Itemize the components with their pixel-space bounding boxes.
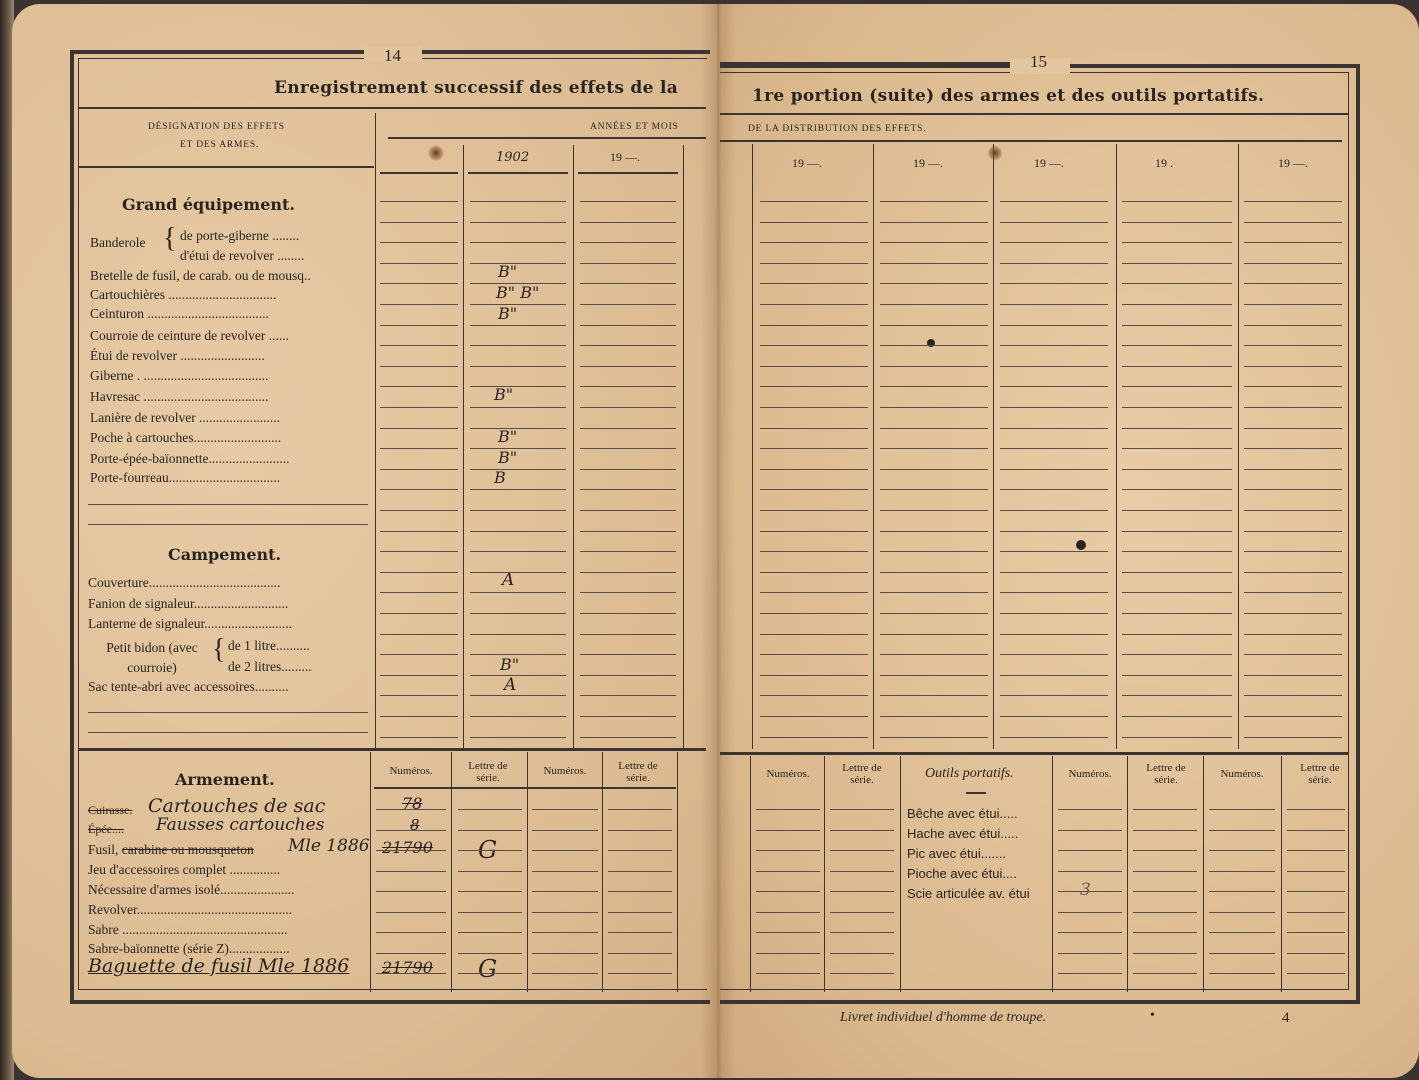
year-col-right-5: 19 —. [1278,156,1308,171]
outils-hdr-numeros-1: Numéros. [752,768,824,780]
grid-rule [880,634,988,635]
grid-rule [380,304,458,305]
distribution-header-rule [720,140,1342,142]
grid-rule [760,304,868,305]
grid-rule [608,891,672,892]
grid-rule [880,428,988,429]
entry-sac-tente-1902: A [504,675,516,695]
col-divider [683,145,684,749]
grid-rule [470,551,566,552]
grid-rule [1244,448,1342,449]
grid-rule [1122,325,1232,326]
item-poche-cartouches: Poche à cartouches......................… [90,430,281,446]
grid-rule [1122,428,1232,429]
grid-rule [756,953,820,954]
grid-rule [1209,891,1275,892]
armement-baguette-numero: 21790 [382,958,433,977]
grid-rule [608,871,672,872]
grid-rule [458,871,522,872]
grid-rule [1000,510,1108,511]
grid-rule [376,809,446,810]
grid-rule [760,407,868,408]
item-porte-epee: Porte-épée-baïonnette...................… [90,451,289,467]
grid-rule [470,263,566,264]
item-bidon-1-litre: de 1 litre.......... [228,638,310,654]
year-header-rule [578,172,678,174]
grid-rule [760,531,868,532]
entry-couverture-1902: A [502,570,514,590]
grid-rule [470,510,566,511]
grid-rule [380,737,458,738]
grid-rule [380,510,458,511]
grid-rule [760,737,868,738]
year-header-rule [380,172,458,174]
grid-rule [1133,871,1197,872]
grid-rule [580,737,676,738]
col-divider [375,113,376,749]
grid-rule [1000,325,1108,326]
grid-rule [1122,304,1232,305]
section-campement: Campement. [168,545,281,564]
grid-rule [580,428,676,429]
outils-hdr-numeros-3: Numéros. [1205,768,1279,780]
grid-rule [380,283,458,284]
grid-rule [756,912,820,913]
grid-rule [1244,551,1342,552]
grid-rule [580,675,676,676]
grid-rule [1133,973,1197,974]
grid-rule [376,871,446,872]
grid-rule [376,932,446,933]
grid-rule [1244,572,1342,573]
grid-rule [608,912,672,913]
grid-rule [760,592,868,593]
grid-rule [760,366,868,367]
entry-havresac-1902: B" [494,385,513,404]
outils-col-divider [900,756,901,992]
grid-rule [1244,386,1342,387]
year-col-blank-left: 19 —. [610,150,640,165]
grid-rule [458,912,522,913]
grid-rule [1244,304,1342,305]
grid-rule [1122,386,1232,387]
armement-hdr-rule [374,787,676,789]
grid-rule [376,830,446,831]
grid-rule [470,283,566,284]
grid-rule [760,345,868,346]
armement-jeu-accessoires: Jeu d'accessoires complet ..............… [88,862,280,878]
grid-rule [470,366,566,367]
item-banderole: Banderole [90,235,145,251]
grid-rule [760,489,868,490]
outils-col-divider [1127,756,1128,992]
armement-top-rule [78,748,706,751]
grid-rule [580,325,676,326]
grid-rule [756,850,820,851]
grid-rule [380,654,458,655]
grid-rule [470,469,566,470]
entry-porte-epee-1902: B" [498,448,517,467]
grid-rule [1244,407,1342,408]
grid-rule [880,531,988,532]
grid-rule [580,448,676,449]
grid-rule [1122,283,1232,284]
grid-rule [580,695,676,696]
grid-rule [1000,551,1108,552]
outils-col-divider [1281,756,1282,992]
grid-rule [470,325,566,326]
grid-rule [756,891,820,892]
grid-rule [1122,613,1232,614]
grid-rule [1000,592,1108,593]
grid-rule [1122,242,1232,243]
grid-rule [580,592,676,593]
title-rule-left [78,107,706,109]
item-havresac: Havresac ...............................… [90,389,268,405]
grid-rule [470,531,566,532]
grid-rule [1000,448,1108,449]
grid-rule [880,366,988,367]
grid-rule [1122,572,1232,573]
grid-rule [760,242,868,243]
grid-rule [532,891,598,892]
armement-cartouches-sac: Cartouches de sac [148,795,325,817]
item-fanion: Fanion de signaleur.....................… [88,596,288,612]
grid-rule [608,932,672,933]
grid-rule [380,695,458,696]
grid-rule [1244,510,1342,511]
grid-rule [532,912,598,913]
grid-rule [580,716,676,717]
year-col-right-4: 19 . [1155,156,1173,171]
item-bidon-2-litres: de 2 litres......... [228,659,312,675]
armement-epee: Épée.... [88,822,124,837]
grid-rule [830,809,894,810]
blank-row-rule [88,504,368,505]
grid-rule [1209,953,1275,954]
grid-rule [1133,809,1197,810]
grid-rule [380,634,458,635]
grid-rule [380,489,458,490]
col-divider [573,145,574,749]
grid-rule [1209,830,1275,831]
grid-rule [1287,871,1345,872]
grid-rule [470,654,566,655]
armement-numero-8: 8 [410,816,420,834]
grid-rule [580,366,676,367]
outils-col-divider [1203,756,1204,992]
grid-rule [458,953,522,954]
grid-rule [880,551,988,552]
grid-rule [1122,366,1232,367]
grid-rule [1133,953,1197,954]
grid-rule [1244,531,1342,532]
outils-hdr-lettre-3: Lettre de série. [1290,762,1350,786]
grid-rule [1244,675,1342,676]
grid-rule [470,572,566,573]
grid-rule [580,531,676,532]
grid-rule [580,263,676,264]
grid-rule [458,850,522,851]
grid-rule [470,489,566,490]
grid-rule [760,325,868,326]
grid-rule [1000,407,1108,408]
header-bottom-rule-left [78,166,374,168]
item-lanterne: Lanterne de signaleur...................… [88,616,292,632]
grid-rule [1122,716,1232,717]
years-header-rule [388,137,706,139]
grid-rule [1122,469,1232,470]
grid-rule [830,973,894,974]
grid-rule [1122,201,1232,202]
fusil-label: Fusil, [88,842,118,857]
item-bretelle: Bretelle de fusil, de carab. ou de mousq… [90,268,311,284]
grid-rule [1058,953,1122,954]
year-header-rule [468,172,568,174]
grid-rule [470,737,566,738]
grid-rule [1058,891,1122,892]
grid-rule [580,201,676,202]
designation-header-line2: et des armes. [180,140,259,150]
outils-col-divider [1052,756,1053,992]
grid-rule [1244,263,1342,264]
grid-rule [1000,345,1108,346]
grid-rule [1058,912,1122,913]
grid-rule [380,428,458,429]
grid-rule [470,448,566,449]
printed-struck-label: Épée.... [88,822,124,836]
item-porte-fourreau: Porte-fourreau..........................… [90,470,280,486]
grid-rule [1058,871,1122,872]
grid-rule [532,850,598,851]
outils-hdr-lettre-1: Lettre de série. [832,762,892,786]
entry-bretelle-1902: B" [498,262,517,281]
grid-rule [1058,973,1122,974]
grid-rule [580,654,676,655]
grid-rule [580,634,676,635]
year-col-right-2: 19 —. [913,156,943,171]
grid-rule [1122,634,1232,635]
entry-bidon-2-litres-1902: B" [500,655,519,674]
grid-rule [376,912,446,913]
grid-rule [880,716,988,717]
grid-rule [1209,973,1275,974]
grid-rule [1000,695,1108,696]
grid-rule [1000,634,1108,635]
outil-scie-numero: 3 [1080,880,1091,900]
grid-rule [1287,953,1345,954]
year-col-right-1: 19 —. [792,156,822,171]
grid-rule [580,489,676,490]
grid-rule [880,222,988,223]
grid-rule [880,510,988,511]
struck-carabine-label: carabine ou mousqueton [122,842,254,857]
outils-hdr-numeros-2: Numéros. [1054,768,1126,780]
item-ceinturon: Ceinturon ..............................… [90,306,269,322]
grid-rule [380,345,458,346]
armement-hdr-numeros-2: Numéros. [528,765,602,777]
grid-rule [1122,695,1232,696]
grid-rule [1122,654,1232,655]
grid-rule [1287,850,1345,851]
printed-struck-label: Cuirasse. [88,803,132,817]
grid-rule [380,263,458,264]
grid-rule [470,201,566,202]
brace: { [212,636,225,664]
grid-rule [380,407,458,408]
grid-rule [1244,592,1342,593]
grid-rule [760,201,868,202]
grid-rule [1287,809,1345,810]
armement-fusil-numero: 21790 [382,838,433,857]
item-banderole-porte-giberne: de porte-giberne ........ [180,228,299,244]
page-title-right: 1re portion (suite) des armes et des out… [752,86,1264,106]
armement-hdr-numeros-1: Numéros. [372,765,450,777]
grid-rule [1133,850,1197,851]
armement-cuirasse: Cuirasse. [88,803,132,818]
grid-rule [756,830,820,831]
grid-rule [580,222,676,223]
entry-poche-1902: B" [498,427,517,446]
grid-rule [380,716,458,717]
grid-rule [1244,325,1342,326]
grid-rule [1122,448,1232,449]
col-divider [1238,144,1239,749]
grid-rule [376,850,446,851]
item-banderole-etui-revolver: d'étui de revolver ........ [180,248,304,264]
grid-rule [580,510,676,511]
grid-rule [760,572,868,573]
grid-rule [608,973,672,974]
grid-rule [532,953,598,954]
grid-rule [470,716,566,717]
brace: { [163,225,176,253]
section-grand-equipement: Grand équipement. [122,195,295,214]
grid-rule [880,201,988,202]
grid-rule [532,871,598,872]
grid-rule [1287,912,1345,913]
grid-rule [1209,850,1275,851]
grid-rule [880,448,988,449]
grid-rule [1244,737,1342,738]
grid-rule [1122,551,1232,552]
armement-col-divider [370,752,371,992]
ink-stain [428,145,444,161]
grid-rule [760,551,868,552]
grid-rule [1133,932,1197,933]
grid-rule [380,551,458,552]
grid-rule [1058,830,1122,831]
grid-rule [1000,386,1108,387]
grid-rule [1287,891,1345,892]
col-divider [463,145,464,749]
grid-rule [1122,531,1232,532]
footer-signature-number: 4 [1282,1010,1290,1027]
grid-rule [380,325,458,326]
armement-fusil: Fusil, carabine ou mousqueton [88,842,254,858]
grid-rule [830,953,894,954]
grid-rule [532,830,598,831]
footer-dot: • [1150,1008,1155,1024]
blank-row-rule [88,712,368,713]
grid-rule [458,809,522,810]
grid-rule [1122,263,1232,264]
outils-hdr-lettre-2: Lettre de série. [1136,762,1196,786]
grid-rule [880,695,988,696]
item-petit-bidon: Petit bidon (avec courroie) [92,638,212,678]
grid-rule [1244,469,1342,470]
grid-rule [760,263,868,264]
grid-rule [580,407,676,408]
grid-rule [760,283,868,284]
grid-rule [470,386,566,387]
outils-col-divider [824,756,825,992]
grid-rule [760,675,868,676]
grid-rule [380,572,458,573]
grid-rule [760,469,868,470]
grid-rule [380,613,458,614]
grid-rule [760,654,868,655]
grid-rule [1122,592,1232,593]
grid-rule [760,386,868,387]
top-rule-right-left [720,62,1010,64]
grid-rule [880,325,988,326]
outil-beche: Bêche avec étui..... [907,806,1018,821]
grid-rule [880,572,988,573]
grid-rule [1244,489,1342,490]
grid-rule [470,345,566,346]
item-couverture: Couverture..............................… [88,575,280,591]
grid-rule [580,572,676,573]
item-giberne: Giberne . ..............................… [90,368,268,384]
grid-rule [1000,242,1108,243]
grid-rule [1209,912,1275,913]
grid-rule [1000,654,1108,655]
outils-hdr-title: Outils portatifs. [925,766,1014,782]
grid-rule [1133,830,1197,831]
grid-rule [760,695,868,696]
grid-rule [580,469,676,470]
grid-rule [1000,263,1108,264]
grid-rule [376,891,446,892]
armement-fausses-cartouches: Fausses cartouches [156,815,324,835]
grid-rule [1000,304,1108,305]
page-number-right: 15 [1030,52,1047,72]
grid-rule [1000,201,1108,202]
grid-rule [580,304,676,305]
grid-rule [1000,222,1108,223]
armement-fusil-model: Mle 1886 [288,836,370,856]
grid-rule [580,242,676,243]
grid-rule [1244,345,1342,346]
grid-rule [1244,201,1342,202]
grid-rule [470,428,566,429]
page-title-left: Enregistrement successif des effets de l… [274,78,678,98]
entry-porte-fourreau-1902: B [494,468,506,487]
grid-rule [880,263,988,264]
years-header: Années et mois [590,122,679,132]
grid-rule [1244,428,1342,429]
grid-rule [1058,809,1122,810]
grid-rule [1000,675,1108,676]
ink-stain [988,145,1002,161]
grid-rule [830,830,894,831]
armement-sabre: Sabre ..................................… [88,922,288,938]
grid-rule [880,345,988,346]
grid-rule [880,386,988,387]
grid-rule [880,469,988,470]
grid-rule [760,510,868,511]
